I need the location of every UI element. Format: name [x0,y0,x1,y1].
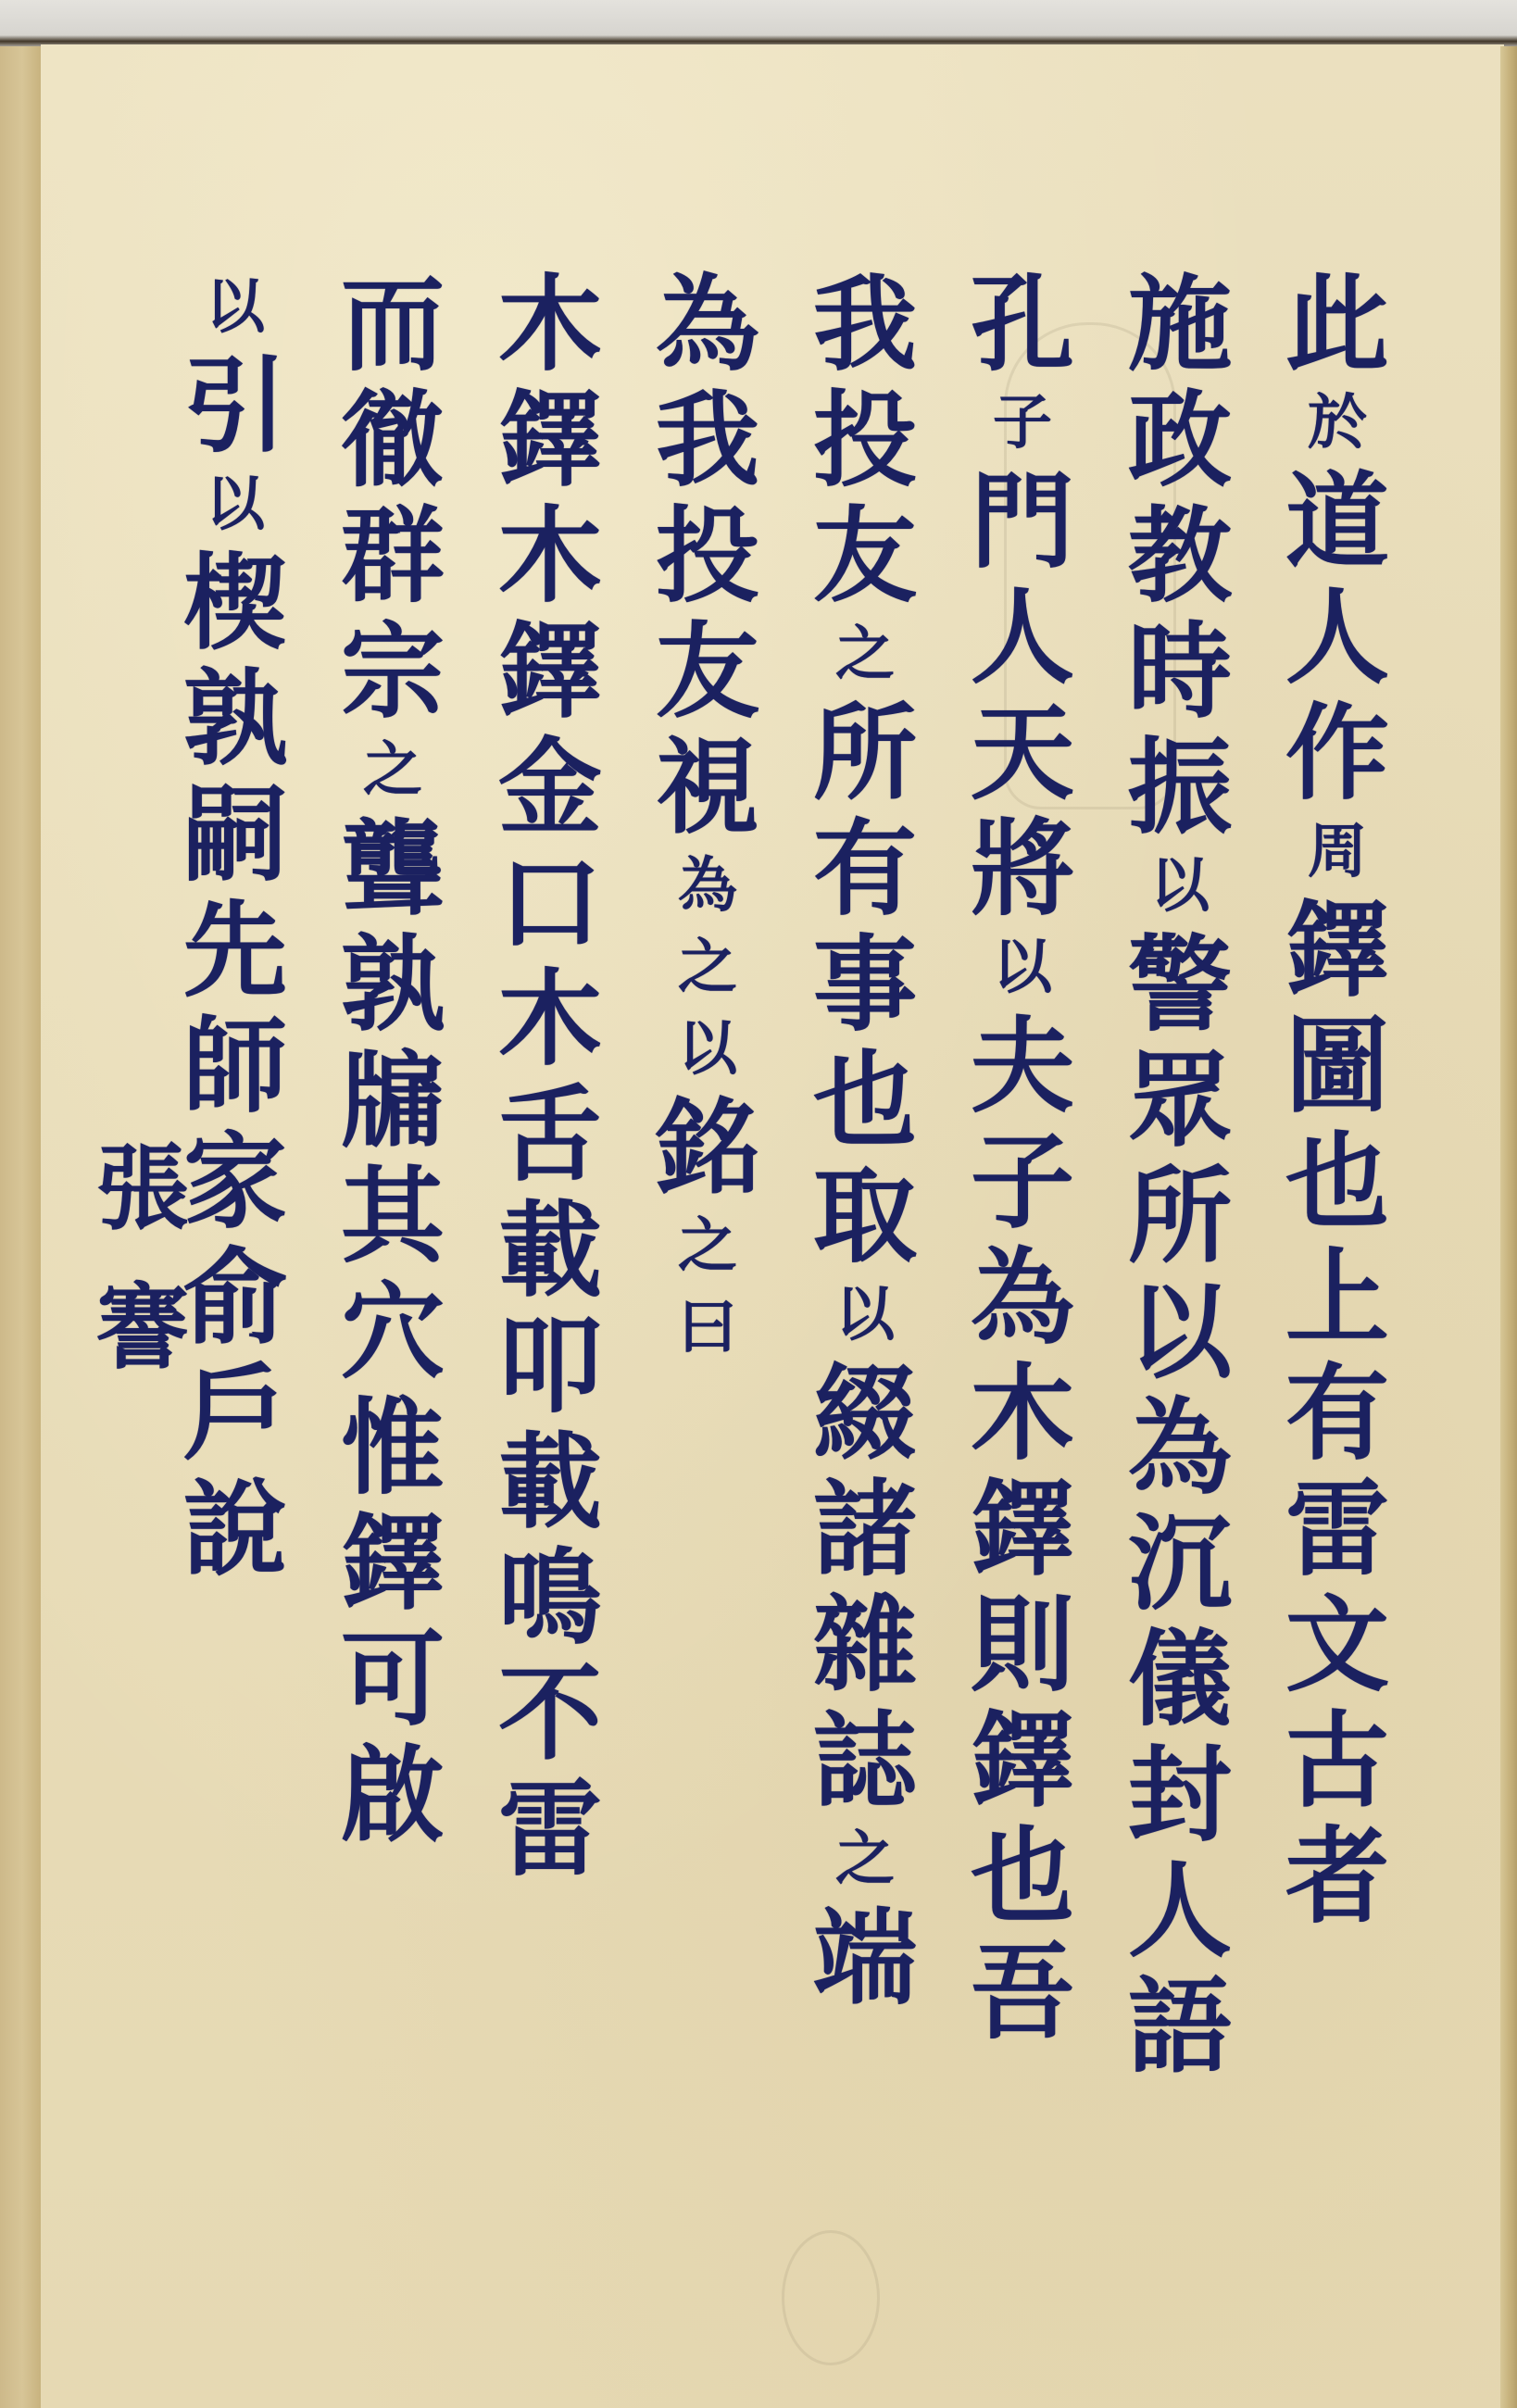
glyph: 木 [481,498,620,614]
glyph: 孰 [166,661,305,777]
glyph: 以 [953,927,1092,1009]
glyph: 以 [166,464,305,546]
glyph: 以 [1110,846,1249,927]
glyph: 以 [638,1009,777,1090]
glyph: 為 [953,1240,1092,1356]
glyph: 警 [1110,927,1249,1043]
glyph: 引 [166,348,305,464]
glyph: 為 [638,267,777,383]
glyph: 木 [953,1356,1092,1472]
glyph: 人 [1110,1853,1249,1969]
text-column-7: 而徹群宗之聾孰牖其穴惟鐸可啟 [314,267,471,2085]
glyph: 語 [1110,1969,1249,2085]
glyph: 者 [1268,1819,1407,1935]
text-column-3: 孔子門人天將以夫子為木鐸則鐸也吾 [944,267,1101,2085]
glyph: 吾 [953,1935,1092,2051]
glyph: 鐸 [953,1472,1092,1587]
book-page: 此於道人作周鐸圖也上有雷文古者 施政教時振以警眾所以為沉儀封人語 孔子門人天將以… [41,44,1504,2408]
text-column-5: 為我投友視為之以銘之曰 [629,267,786,2085]
glyph: 以 [796,1274,934,1356]
glyph: 鐸 [481,383,620,498]
glyph: 以 [166,267,305,348]
glyph: 惟 [323,1390,462,1506]
text-column-4: 我投友之所有事也取以綴諸雜誌之端 [786,267,944,2085]
glyph: 眾 [1110,1043,1249,1159]
glyph: 為 [1110,1390,1249,1506]
glyph: 也 [1268,1124,1407,1240]
glyph: 將 [953,811,1092,927]
glyph: 牖 [323,1043,462,1159]
glyph: 友 [638,614,777,730]
glyph: 其 [323,1159,462,1274]
glyph: 有 [1268,1356,1407,1472]
page-right-edge [1500,46,1517,2408]
glyph: 人 [953,580,1092,696]
glyph: 夫 [953,1009,1092,1124]
glyph: 啟 [323,1737,462,1853]
glyph: 鐸 [1268,893,1407,1009]
glyph: 之 [638,1206,777,1287]
glyph: 投 [638,498,777,614]
glyph: 事 [796,927,934,1043]
glyph: 道 [1268,464,1407,580]
glyph: 諸 [796,1472,934,1587]
glyph: 徹 [323,383,462,498]
glyph: 以 [1110,1274,1249,1390]
glyph: 銘 [638,1090,777,1206]
glyph: 舌 [481,1077,620,1193]
glyph: 而 [323,267,462,383]
glyph: 教 [1110,498,1249,614]
glyph: 取 [796,1159,934,1274]
glyph: 之 [638,927,777,1009]
glyph: 於 [1268,383,1407,464]
glyph: 我 [796,267,934,383]
glyph: 也 [953,1819,1092,1935]
glyph: 口 [481,846,620,961]
glyph: 雜 [796,1587,934,1703]
glyph: 儀 [1110,1622,1249,1737]
glyph: 載 [481,1193,620,1309]
glyph: 端 [796,1900,934,2016]
glyph: 封 [1110,1737,1249,1853]
faint-seal-impression-bottom [782,2230,880,2365]
glyph: 鐸 [323,1506,462,1622]
glyph: 子 [953,383,1092,464]
glyph: 曰 [638,1287,777,1369]
glyph: 可 [323,1622,462,1737]
glyph: 師 [166,1009,305,1124]
glyph: 作 [1268,696,1407,811]
glyph: 為 [638,846,777,927]
glyph: 也 [796,1043,934,1159]
glyph: 金 [481,730,620,846]
glyph: 圖 [1268,1009,1407,1124]
left-page-stack [0,46,43,2408]
text-column-6: 木鐸木鐸金口木舌載叩載鳴不雷 [471,267,629,2085]
glyph: 群 [323,498,462,614]
glyph: 載 [481,1424,620,1540]
glyph: 投 [796,383,934,498]
glyph: 說 [166,1472,305,1587]
signature-glyph: 謇 [73,1258,212,1397]
glyph: 周 [1268,811,1407,893]
signature-glyph: 張 [73,1119,212,1258]
glyph: 孰 [323,927,462,1043]
glyph: 沉 [1110,1506,1249,1622]
glyph: 天 [953,696,1092,811]
glyph: 所 [1110,1159,1249,1274]
glyph: 我 [638,383,777,498]
glyph: 之 [796,614,934,696]
glyph: 友 [796,498,934,614]
glyph: 子 [953,1124,1092,1240]
glyph: 雷 [1268,1472,1407,1587]
glyph: 孔 [953,267,1092,383]
glyph: 則 [953,1587,1092,1703]
glyph: 時 [1110,614,1249,730]
glyph: 有 [796,811,934,927]
glyph: 此 [1268,267,1407,383]
signature: 張謇 [78,1119,207,1397]
glyph: 所 [796,696,934,811]
glyph: 嗣 [166,777,305,893]
glyph: 振 [1110,730,1249,846]
glyph: 政 [1110,383,1249,498]
glyph: 上 [1268,1240,1407,1356]
glyph: 視 [638,730,777,846]
glyph: 木 [481,267,620,383]
text-column-1: 此於道人作周鐸圖也上有雷文古者 [1259,267,1416,2085]
glyph: 之 [796,1819,934,1900]
glyph: 叩 [481,1309,620,1424]
glyph: 楔 [166,546,305,661]
glyph: 穴 [323,1274,462,1390]
calligraphy-text: 此於道人作周鐸圖也上有雷文古者 施政教時振以警眾所以為沉儀封人語 孔子門人天將以… [157,267,1416,2085]
glyph: 鐸 [953,1703,1092,1819]
glyph: 聾 [323,811,462,927]
glyph: 古 [1268,1703,1407,1819]
glyph: 木 [481,961,620,1077]
glyph: 鐸 [481,614,620,730]
glyph: 雷 [481,1772,620,1888]
glyph: 鳴 [481,1540,620,1656]
glyph: 不 [481,1656,620,1772]
glyph: 人 [1268,580,1407,696]
glyph: 施 [1110,267,1249,383]
glyph: 綴 [796,1356,934,1472]
glyph: 門 [953,464,1092,580]
glyph: 文 [1268,1587,1407,1703]
glyph: 宗 [323,614,462,730]
glyph: 之 [323,730,462,811]
text-column-2: 施政教時振以警眾所以為沉儀封人語 [1101,267,1259,2085]
glyph: 先 [166,893,305,1009]
glyph: 誌 [796,1703,934,1819]
